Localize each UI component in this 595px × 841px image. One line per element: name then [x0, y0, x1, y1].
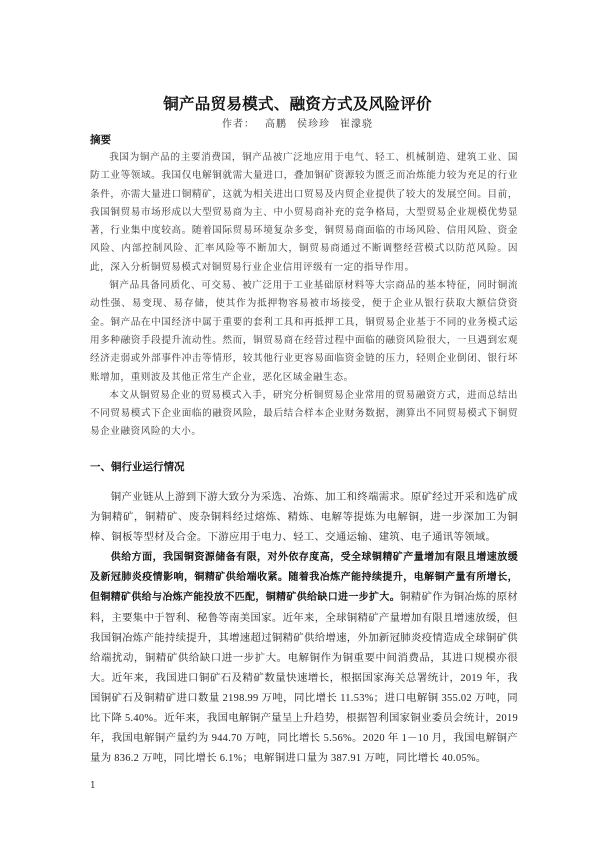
page-number: 1: [90, 781, 96, 791]
abstract-body: 我国为铜产品的主要消费国，铜产品被广泛地应用于电气、轻工、机械制造、建筑工业、国…: [90, 149, 518, 442]
body-paragraph: 铜产业链从上游到下游大致分为采选、冶炼、加工和终端需求。原矿经过开采和选矿成为铜…: [90, 488, 518, 548]
body-text: 铜精矿作为铜冶炼的原材料，主要集中于智利、秘鲁等南美国家。近年来，全球铜精矿产量…: [90, 592, 518, 764]
body-paragraph: 供给方面，我国铜资源储备有限，对外依存度高，受全球铜精矿产量增加有限且增速放缓及…: [90, 548, 518, 769]
author-line: 作者：高鹏侯珍珍崔濛骁: [0, 115, 595, 130]
abstract-paragraph: 我国为铜产品的主要消费国，铜产品被广泛地应用于电气、轻工、机械制造、建筑工业、国…: [90, 149, 518, 277]
authors-label: 作者：: [222, 119, 255, 130]
author-name: 侯珍珍: [297, 119, 330, 130]
section-body: 铜产业链从上游到下游大致分为采选、冶炼、加工和终端需求。原矿经过开采和选矿成为铜…: [90, 488, 518, 769]
author-name: 高鹏: [265, 119, 287, 130]
abstract-heading: 摘要: [90, 132, 111, 147]
author-name: 崔濛骁: [340, 119, 373, 130]
abstract-paragraph: 本文从铜贸易企业的贸易模式入手，研究分析铜贸易企业常用的贸易融资方式，进而总结出…: [90, 387, 518, 442]
abstract-paragraph: 铜产品具备同质化、可交易、被广泛用于工业基础原材料等大宗商品的基本特征，同时铜流…: [90, 277, 518, 387]
section-heading: 一、铜行业运行情况: [90, 459, 185, 474]
document-page: 铜产品贸易模式、融资方式及风险评价 作者：高鹏侯珍珍崔濛骁 摘要 我国为铜产品的…: [0, 0, 595, 841]
document-title: 铜产品贸易模式、融资方式及风险评价: [0, 92, 595, 114]
